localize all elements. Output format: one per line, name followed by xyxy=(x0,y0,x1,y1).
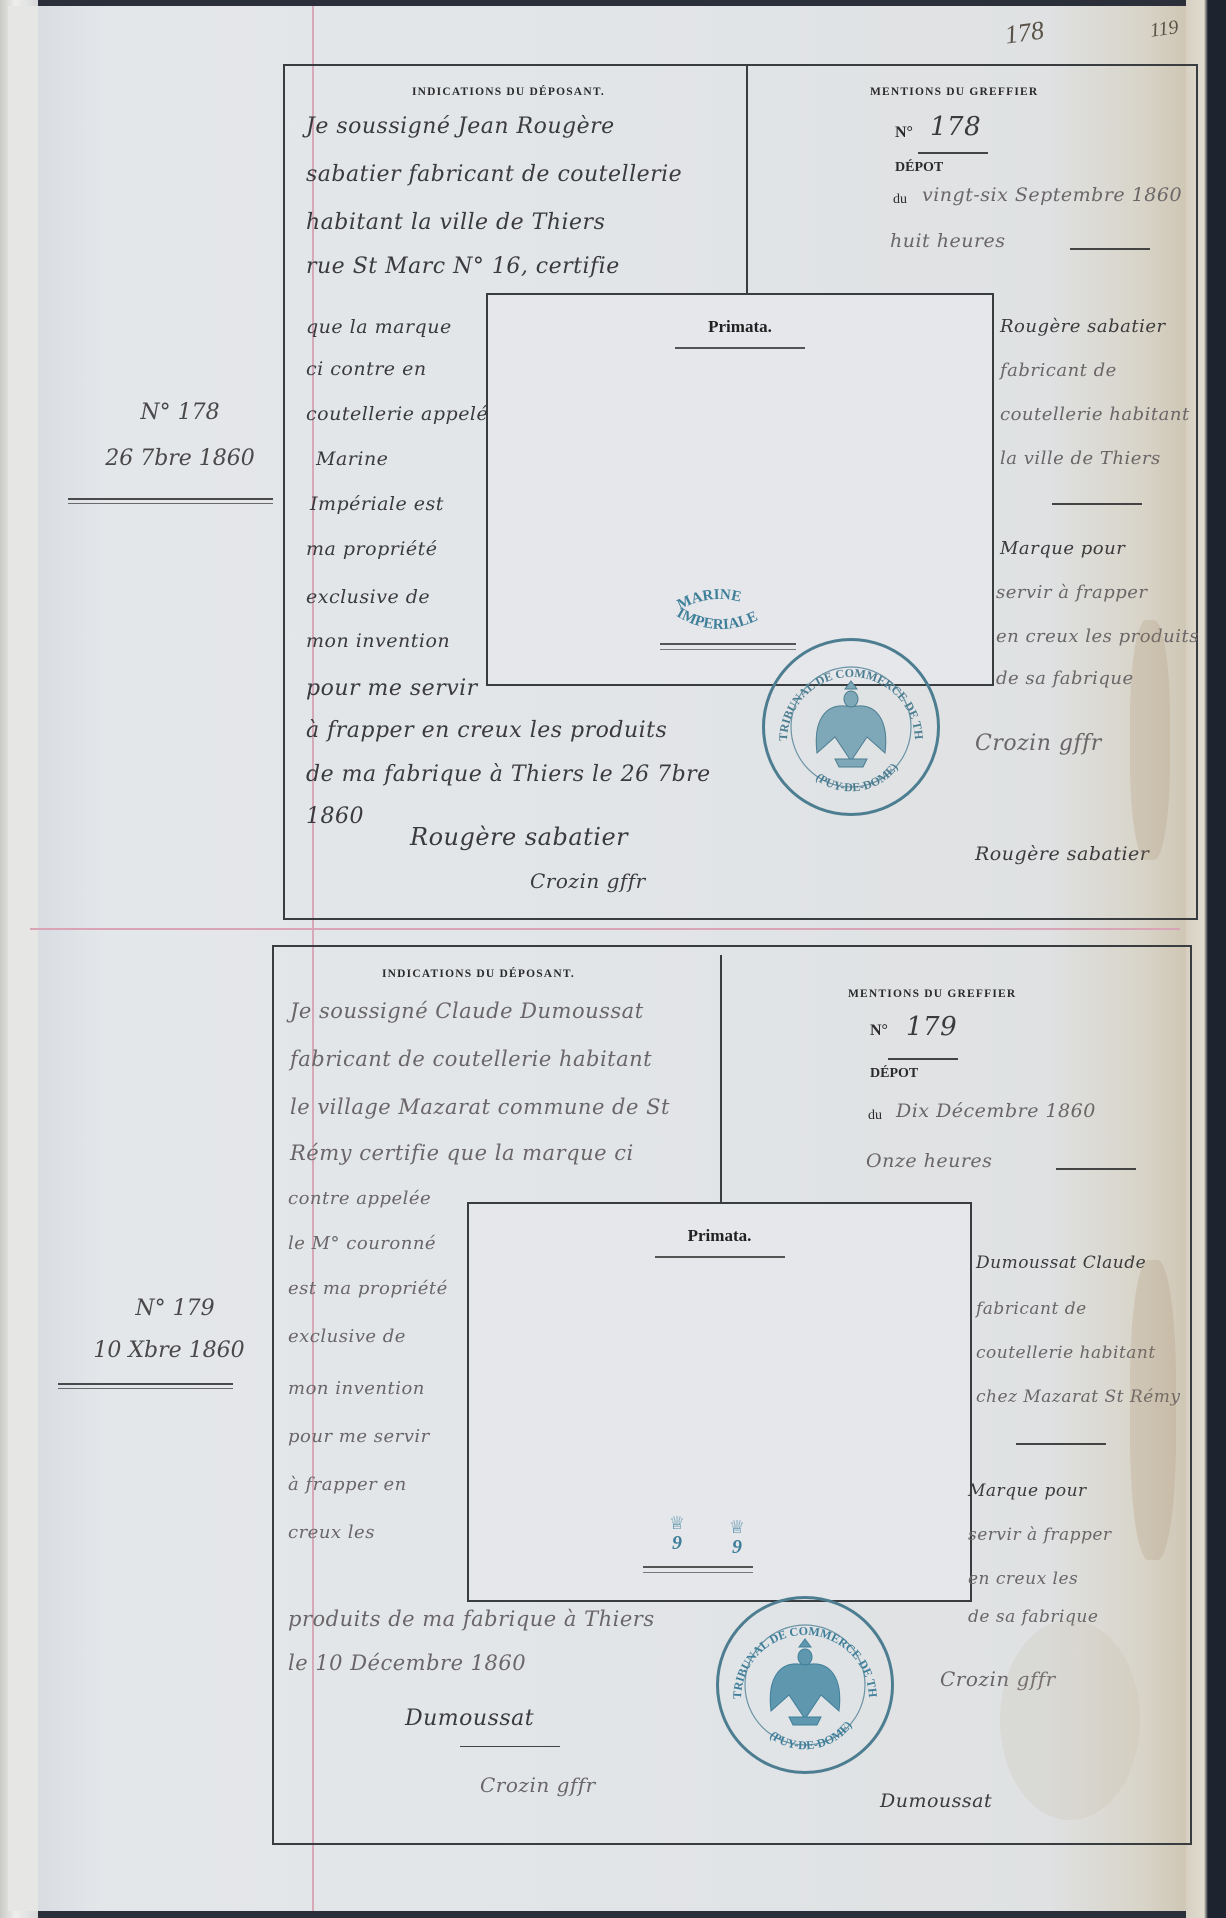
deposant-side-line: est ma propriété xyxy=(288,1270,448,1308)
deposant-signature-right: Rougère sabatier xyxy=(975,835,1149,873)
deposant-line: fabricant de coutellerie habitant xyxy=(290,1040,652,1078)
greffier-number-label: N° xyxy=(895,124,913,142)
deposant-line: Rémy certifie que la marque ci xyxy=(290,1134,634,1172)
folio-corner: 119 xyxy=(1149,16,1180,43)
deposant-line: le village Mazarat commune de St xyxy=(290,1088,670,1126)
left-ref-date: 26 7bre 1860 xyxy=(80,446,280,471)
greffier-hour: huit heures xyxy=(890,222,1006,260)
deposant-signature: Dumoussat xyxy=(405,1700,534,1738)
greffier-number-value: 178 xyxy=(930,108,981,146)
deposant-line: de ma fabrique à Thiers le 26 7bre xyxy=(306,756,711,794)
tribunal-seal: TRIBUNAL DE COMMERCE DE THIERS (PUY-DE-D… xyxy=(716,1596,894,1774)
greffier-marque-line: en creux les produits xyxy=(996,618,1199,656)
number-underline xyxy=(918,152,988,154)
greffier-number-label: N° xyxy=(870,1022,888,1040)
greffier-date: vingt-six Septembre 1860 xyxy=(922,176,1182,214)
crowned-nine-stamp: ♕ 9 xyxy=(725,1518,749,1559)
deposant-line: Je soussigné Claude Dumoussat xyxy=(290,992,644,1030)
deposant-side-line: exclusive de xyxy=(306,578,430,616)
greffier-marque-line: en creux les xyxy=(968,1560,1078,1598)
greffier-number-value: 179 xyxy=(906,1008,957,1046)
deposant-line: pour me servir xyxy=(306,670,478,708)
deposant-side-line: creux les xyxy=(288,1514,375,1552)
deposant-side-line: contre appelée xyxy=(288,1180,431,1218)
deposant-line: rue St Marc N° 16, certifie xyxy=(306,248,620,286)
greffier-name-line: fabricant de xyxy=(976,1290,1087,1328)
deposant-side-line: mon invention xyxy=(306,622,450,660)
deposant-header: INDICATIONS DU DÉPOSANT. xyxy=(382,968,575,980)
mark-underline xyxy=(643,1566,753,1573)
tribunal-seal: TRIBUNAL DE COMMERCE DE THIERS (PUY-DE-D… xyxy=(762,638,940,816)
deposant-side-line: le M° couronné xyxy=(288,1225,436,1263)
greffier-signature: Crozin gffr xyxy=(480,1766,596,1804)
crown-icon: ♕ xyxy=(665,1514,689,1532)
deposant-line: habitant la ville de Thiers xyxy=(306,204,605,242)
deposant-line: Je soussigné Jean Rougère xyxy=(306,108,615,146)
greffier-marque-line: Marque pour xyxy=(1000,530,1125,568)
svg-text:IMPERIALE: IMPERIALE xyxy=(674,605,760,633)
crowned-nine-stamp: ♕ 9 xyxy=(665,1514,689,1555)
mark-box-title-rule xyxy=(655,1256,785,1258)
left-ref-number: N° 179 xyxy=(70,1296,280,1321)
deposant-side-line: coutellerie appelé xyxy=(306,395,488,433)
paper-stain xyxy=(1130,1260,1176,1560)
number-underline xyxy=(888,1058,958,1060)
greffier-rule xyxy=(1056,1168,1136,1170)
greffier-date: Dix Décembre 1860 xyxy=(896,1092,1096,1130)
greffier-name-line: la ville de Thiers xyxy=(1000,440,1161,478)
greffier-marque-line: servir à frapper xyxy=(996,574,1148,612)
greffier-rule xyxy=(1070,248,1150,250)
deposant-side-line: à frapper en xyxy=(288,1466,407,1504)
deposant-side-line: ci contre en xyxy=(306,350,427,388)
mark-box-title: Primata. xyxy=(488,317,992,337)
signature-underline xyxy=(460,1746,560,1747)
greffier-hour: Onze heures xyxy=(866,1142,992,1180)
folio-number: 178 xyxy=(1003,15,1046,50)
greffier-name-line: Rougère sabatier xyxy=(1000,308,1166,346)
deposant-side-line: mon invention xyxy=(288,1370,425,1408)
greffier-name-line: coutellerie habitant xyxy=(1000,396,1190,434)
greffier-rule xyxy=(1016,1443,1106,1445)
greffier-header: MENTIONS DU GREFFIER xyxy=(848,988,1016,1000)
paper-stain xyxy=(1000,1620,1140,1820)
greffier-name-line: fabricant de xyxy=(1000,352,1117,390)
greffier-marque-line: servir à frapper xyxy=(968,1516,1112,1554)
greffier-signature: Crozin gffr xyxy=(530,862,646,900)
left-ref-rule xyxy=(58,1383,233,1389)
mark-box-title: Primata. xyxy=(469,1226,970,1246)
greffier-name-line: coutellerie habitant xyxy=(976,1334,1156,1372)
greffier-name-line: Dumoussat Claude xyxy=(976,1244,1146,1282)
deposant-line: produits de ma fabrique à Thiers xyxy=(288,1600,655,1638)
deposant-signature-right: Dumoussat xyxy=(880,1782,992,1820)
greffier-du-label: du xyxy=(893,192,907,208)
greffier-rule xyxy=(1052,503,1142,505)
deposant-side-line: exclusive de xyxy=(288,1318,406,1356)
deposant-side-line: Marine xyxy=(316,440,388,478)
left-ref-date: 10 Xbre 1860 xyxy=(64,1338,274,1363)
crown-icon: ♕ xyxy=(725,1518,749,1536)
deposant-header: INDICATIONS DU DÉPOSANT. xyxy=(412,86,605,98)
deposant-side-line: Impériale est xyxy=(310,485,444,523)
greffier-marque-line: Marque pour xyxy=(968,1472,1087,1510)
deposant-line: le 10 Décembre 1860 xyxy=(288,1644,526,1682)
greffier-marque-line: de sa fabrique xyxy=(996,660,1134,698)
greffier-du-label: du xyxy=(868,1108,882,1124)
deposant-signature: Rougère sabatier xyxy=(410,818,628,856)
left-ref-number: N° 178 xyxy=(80,400,280,425)
paper-stain xyxy=(1130,620,1170,860)
margin-line-horizontal xyxy=(30,928,1180,930)
left-ref-rule xyxy=(68,498,273,504)
marine-imperiale-stamp: MARINE IMPERIALE xyxy=(658,585,788,645)
deposant-side-line: pour me servir xyxy=(288,1418,430,1456)
deposant-line: à frapper en creux les produits xyxy=(306,712,667,750)
deposant-line: sabatier fabricant de coutellerie xyxy=(306,156,682,194)
greffier-depot-label: DÉPOT xyxy=(870,1066,918,1082)
deposant-side-line: que la marque xyxy=(306,308,452,346)
deposant-line: 1860 xyxy=(306,798,364,836)
deposant-side-line: ma propriété xyxy=(306,530,438,568)
greffier-header: MENTIONS DU GREFFIER xyxy=(870,86,1038,98)
mark-box-title-rule xyxy=(675,347,805,349)
greffier-signature: Crozin gffr xyxy=(975,725,1102,763)
mark-box: Primata. MARINE IMPERIALE xyxy=(486,293,994,686)
mark-box: Primata. ♕ 9 ♕ 9 xyxy=(467,1202,972,1602)
greffier-depot-label: DÉPOT xyxy=(895,160,943,176)
